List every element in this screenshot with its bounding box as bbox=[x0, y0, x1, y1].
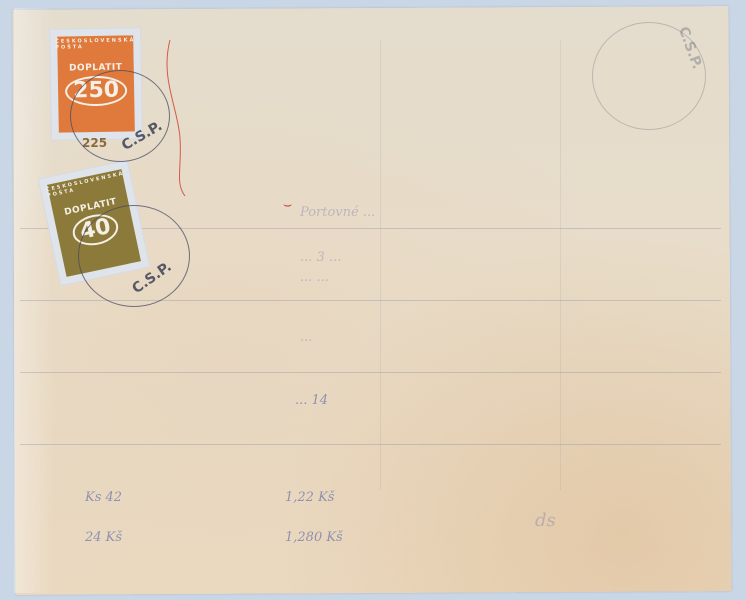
red-pencil-line bbox=[150, 38, 190, 198]
column-rule bbox=[560, 40, 561, 490]
stamp-border-text: ČESKOSLOVENSKÁ POŠTA bbox=[45, 171, 126, 199]
ruled-line bbox=[20, 444, 721, 445]
handwritten-amount: Ks 42 bbox=[85, 490, 122, 505]
stamp-border-text: ČESKOSLOVENSKÁ POŠTA bbox=[55, 37, 135, 50]
ruled-line bbox=[20, 372, 721, 373]
handwritten-signature: ds bbox=[535, 510, 556, 531]
handwritten-entry: Portovné ... bbox=[300, 205, 375, 220]
red-tick-mark: ⌣ bbox=[283, 197, 292, 213]
handwritten-amount: 1,280 Kš bbox=[285, 530, 343, 545]
handwritten-amount: 1,22 Kš bbox=[285, 490, 334, 505]
handwritten-entry: ... bbox=[300, 330, 312, 345]
handwritten-amount: 24 Kš bbox=[85, 530, 122, 545]
handwritten-entry: ... ... bbox=[300, 270, 329, 285]
handwritten-entry: ... 14 bbox=[295, 393, 328, 408]
handwritten-entry: ... 3 ... bbox=[300, 250, 341, 265]
column-rule bbox=[380, 40, 381, 490]
